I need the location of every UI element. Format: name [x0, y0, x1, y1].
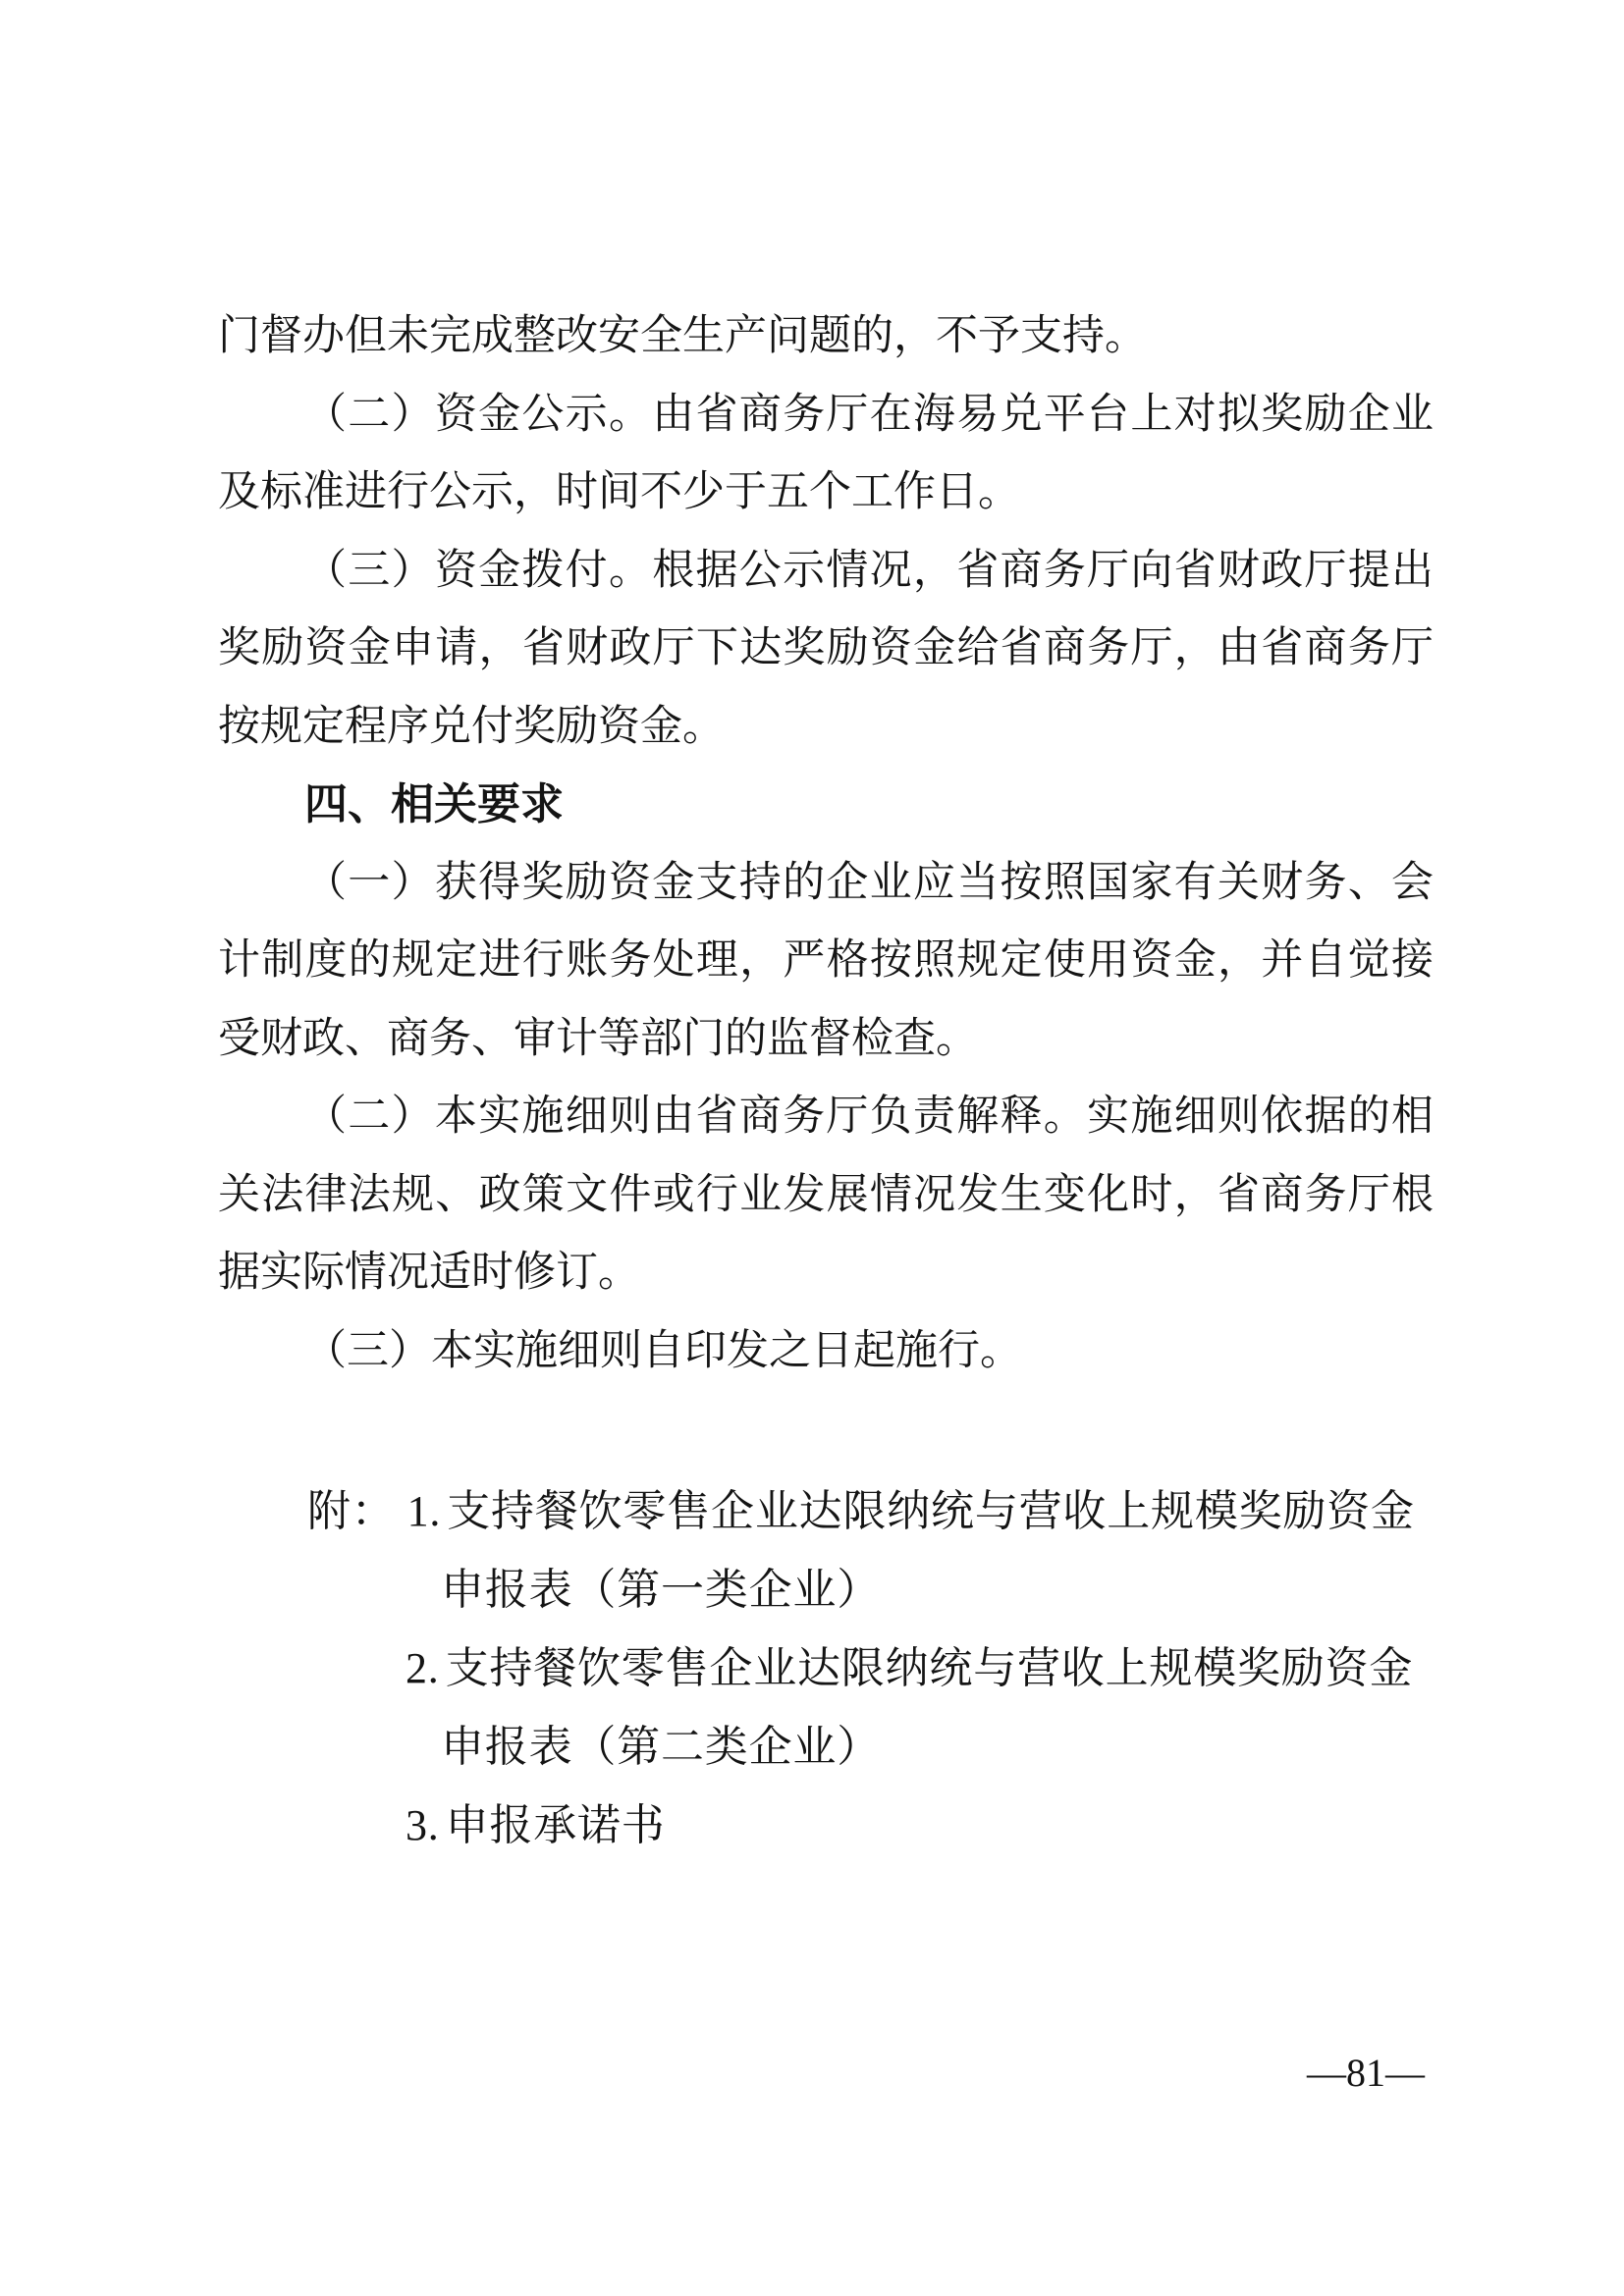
- attachment-item-text: 申报承诺书: [446, 1801, 666, 1849]
- body-line: 按规定程序兑付奖励资金。: [218, 688, 1434, 767]
- body-line: （三）本实施细则自印发之日起施行。: [218, 1312, 1434, 1391]
- section-heading: 四、相关要求: [218, 766, 1434, 844]
- attachment-item-text: 支持餐饮零售企业达限纳统与营收上规模奖励资金: [447, 1487, 1415, 1535]
- document-page: 门督办但未完成整改安全生产问题的，不予支持。 （二）资金公示。由省商务厅在海易兑…: [0, 0, 1624, 2296]
- body-line: （三）资金拨付。根据公示情况，省商务厅向省财政厅提出: [218, 532, 1434, 611]
- body-line: （二）资金公示。由省商务厅在海易兑平台上对拟奖励企业: [218, 376, 1434, 454]
- attachment-item-text: 支持餐饮零售企业达限纳统与营收上规模奖励资金: [446, 1644, 1414, 1692]
- attachment-line: 申报表（第一类企业）: [218, 1551, 1494, 1629]
- attachment-item-text: 申报表（第一类企业）: [441, 1566, 881, 1614]
- attachment-line: 2.支持餐饮零售企业达限纳统与营收上规模奖励资金: [218, 1629, 1494, 1708]
- attachment-item-number: 1.: [407, 1487, 442, 1535]
- body-line: （一）获得奖励资金支持的企业应当按照国家有关财务、会: [218, 844, 1434, 923]
- body-line: 门督办但未完成整改安全生产问题的，不予支持。: [218, 297, 1434, 376]
- body-line: 关法律法规、政策文件或行业发展情况发生变化时，省商务厅根: [218, 1156, 1434, 1235]
- page-number: —81—: [1302, 2052, 1430, 2095]
- attachment-line: 申报表（第二类企业）: [218, 1708, 1494, 1787]
- body-line: 计制度的规定进行账务处理，严格按照规定使用资金，并自觉接: [218, 922, 1434, 1000]
- attachment-list: 附：1.支持餐饮零售企业达限纳统与营收上规模奖励资金 申报表（第一类企业） 2.…: [218, 1472, 1494, 1865]
- attachment-item-text: 申报表（第二类企业）: [441, 1723, 881, 1771]
- attachment-item-number: 2.: [406, 1644, 440, 1692]
- attachment-label: 附：: [307, 1487, 396, 1535]
- body-line: 奖励资金申请，省财政厅下达奖励资金给省商务厅，由省商务厅: [218, 610, 1434, 688]
- attachment-line: 3.申报承诺书: [218, 1787, 1494, 1865]
- document-body: 门督办但未完成整改安全生产问题的，不予支持。 （二）资金公示。由省商务厅在海易兑…: [218, 297, 1434, 1390]
- attachment-line: 附：1.支持餐饮零售企业达限纳统与营收上规模奖励资金: [218, 1472, 1494, 1551]
- body-line: 据实际情况适时修订。: [218, 1234, 1434, 1312]
- body-line: 及标准进行公示，时间不少于五个工作日。: [218, 454, 1434, 532]
- attachment-item-number: 3.: [406, 1801, 440, 1849]
- body-line: （二）本实施细则由省商务厅负责解释。实施细则依据的相: [218, 1078, 1434, 1156]
- body-line: 受财政、商务、审计等部门的监督检查。: [218, 1000, 1434, 1079]
